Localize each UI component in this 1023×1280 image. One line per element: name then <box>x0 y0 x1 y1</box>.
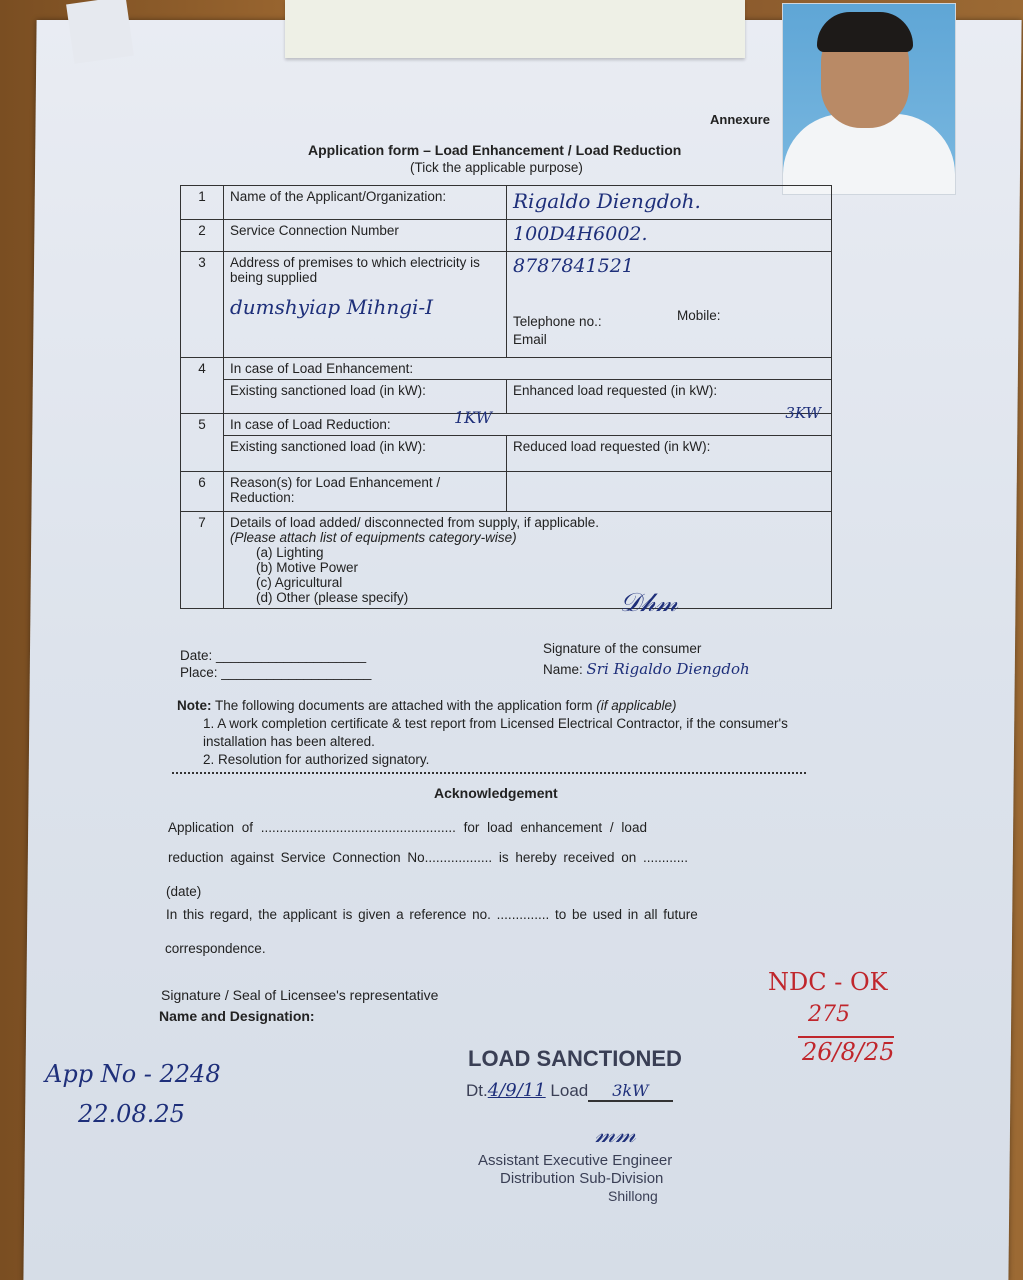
section-heading: In case of Load Enhancement: <box>224 358 832 380</box>
stamp-load-label: Load <box>550 1081 588 1100</box>
torn-corner <box>66 0 134 64</box>
annexure-label: Annexure <box>710 112 770 127</box>
stamp-division: Distribution Sub-Division <box>500 1170 663 1187</box>
designation-label: Name and Designation: <box>159 1008 315 1024</box>
signature-label: Signature of the consumer <box>543 641 701 656</box>
service-connection-field[interactable]: 100D4H6002. <box>507 220 832 252</box>
address-field[interactable]: Address of premises to which electricity… <box>224 252 507 358</box>
ack-line: In this regard, the applicant is given a… <box>166 907 846 922</box>
row-number: 4 <box>181 358 224 414</box>
consumer-name: Name: Sri Rigaldo Diengdoh <box>543 660 750 678</box>
note-label: Note: <box>177 698 212 713</box>
place-label: Place: <box>180 665 218 680</box>
ndc-date: 26/8/25 <box>802 1038 895 1066</box>
app-number-note: App No - 2248 <box>45 1060 221 1088</box>
stamp-designation: Assistant Executive Engineer <box>478 1152 672 1169</box>
consumer-name-value: Sri Rigaldo Diengdoh <box>587 660 750 678</box>
consumer-signature: 𝒟𝒽𝓂 <box>620 588 678 619</box>
stamp-dt-value: 4/9/11 <box>488 1080 546 1101</box>
app-date-note: 22.08.25 <box>78 1100 185 1128</box>
email-label: Email <box>513 332 547 347</box>
row-service-connection: 2 Service Connection Number 100D4H6002. <box>181 220 832 252</box>
engineer-signature: 𝓂𝓂 <box>595 1120 636 1148</box>
mobile-label: Mobile: <box>677 308 721 323</box>
row-reduction-values: Existing sanctioned load (in kW): Reduce… <box>181 436 832 472</box>
row-load-reduction: 5 In case of Load Reduction: 1KW <box>181 414 832 436</box>
section-heading: In case of Load Reduction: <box>230 417 391 432</box>
row-number: 1 <box>181 186 224 220</box>
note-text: The following documents are attached wit… <box>215 698 592 713</box>
ack-line: (date) <box>166 884 201 899</box>
field-label: Reason(s) for Load Enhancement / Reducti… <box>224 472 507 512</box>
sticky-note <box>285 0 745 58</box>
row-number: 3 <box>181 252 224 358</box>
telephone-label: Telephone no.: <box>513 314 602 329</box>
ack-line: reduction against Service Connection No.… <box>168 850 848 865</box>
ack-line: correspondence. <box>165 941 266 956</box>
note-item: 1. A work completion certificate & test … <box>203 715 847 751</box>
address-value: dumshyiap Mihngi-I <box>230 295 500 319</box>
field-label: Address of premises to which electricity… <box>230 255 500 285</box>
row-enhancement-values: Existing sanctioned load (in kW): Enhanc… <box>181 380 832 414</box>
row-number: 6 <box>181 472 224 512</box>
licensee-signature-label: Signature / Seal of Licensee's represent… <box>161 987 438 1003</box>
reason-field[interactable] <box>507 472 832 512</box>
field-label: Service Connection Number <box>224 220 507 252</box>
row-number: 5 <box>181 414 224 472</box>
category-item: (a) Lighting <box>256 545 825 560</box>
date-label: Date: <box>180 648 212 663</box>
ndc-note: NDC - OK <box>768 968 888 996</box>
field-note: (Please attach list of equipments catego… <box>230 530 825 545</box>
field-label: Name of the Applicant/Organization: <box>224 186 507 220</box>
applicant-photo <box>782 3 956 195</box>
name-label: Name: <box>543 662 583 677</box>
existing-load-value: 1KW <box>454 408 492 427</box>
note-italic: (if applicable) <box>596 698 676 713</box>
row-load-details: 7 Details of load added/ disconnected fr… <box>181 512 832 609</box>
phone-value: 8787841521 <box>513 255 825 277</box>
applicant-name-value: Rigaldo Diengdoh. <box>513 189 701 213</box>
reduced-load-field[interactable]: Reduced load requested (in kW): <box>507 436 832 472</box>
enhanced-load-field[interactable]: Enhanced load requested (in kW): 3KW <box>507 380 832 414</box>
category-item: (b) Motive Power <box>256 560 825 575</box>
divider <box>172 772 806 774</box>
stamp-location: Shillong <box>608 1188 658 1204</box>
form-title: Application form – Load Enhancement / Lo… <box>308 142 681 158</box>
application-table: 1 Name of the Applicant/Organization: Ri… <box>180 185 832 609</box>
enhanced-load-label: Enhanced load requested (in kW): <box>513 383 717 398</box>
ndc-number: 275 <box>808 1002 850 1027</box>
row-load-enhancement: 4 In case of Load Enhancement: <box>181 358 832 380</box>
row-address: 3 Address of premises to which electrici… <box>181 252 832 358</box>
row-number: 2 <box>181 220 224 252</box>
section-heading-cell: In case of Load Reduction: 1KW <box>224 414 832 436</box>
ack-title: Acknowledgement <box>434 785 558 801</box>
note-section: Note: The following documents are attach… <box>177 698 847 769</box>
place-field[interactable]: Place: ____________________ <box>180 665 371 680</box>
stamp-date-line: Dt.4/9/11 Load3kW <box>466 1080 673 1101</box>
date-field[interactable]: Date: ____________________ <box>180 648 366 663</box>
row-applicant-name: 1 Name of the Applicant/Organization: Ri… <box>181 186 832 220</box>
load-details-field[interactable]: Details of load added/ disconnected from… <box>224 512 832 609</box>
existing-load-label[interactable]: Existing sanctioned load (in kW): <box>224 436 507 472</box>
row-reason: 6 Reason(s) for Load Enhancement / Reduc… <box>181 472 832 512</box>
row-number: 7 <box>181 512 224 609</box>
stamp-dt-label: Dt. <box>466 1081 488 1100</box>
service-connection-value: 100D4H6002. <box>513 223 648 245</box>
category-item: (d) Other (please specify) <box>256 590 825 605</box>
applicant-name-field[interactable]: Rigaldo Diengdoh. <box>507 186 832 220</box>
ack-line: Application of .........................… <box>168 820 848 835</box>
load-sanctioned-stamp: LOAD SANCTIONED <box>468 1046 682 1072</box>
category-item: (c) Agricultural <box>256 575 825 590</box>
contact-field[interactable]: 8787841521 Telephone no.: Mobile: Email <box>507 252 832 358</box>
field-label: Details of load added/ disconnected from… <box>230 515 825 530</box>
note-item: 2. Resolution for authorized signatory. <box>203 751 847 769</box>
form-subtitle: (Tick the applicable purpose) <box>410 160 583 175</box>
stamp-load-value: 3kW <box>588 1081 672 1102</box>
